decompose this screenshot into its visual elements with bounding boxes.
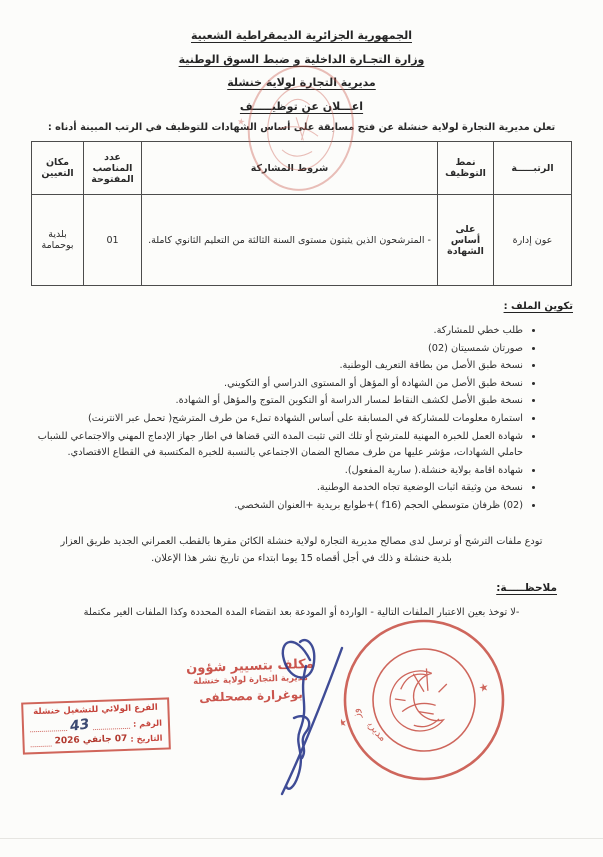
cell-location: بلدية بوحمامة [32,195,84,286]
list-item: (02) ظرفان متوسطي الحجم (f16 )+طوابع بري… [30,498,523,515]
list-item: نسخة طبق الأصل لكشف النقاط لمسار الدراسة… [30,393,523,410]
list-item: شهادة العمل للخبرة المهنية للمترشح أو تل… [30,429,523,462]
stamp-center-emblem [384,665,457,738]
intro-paragraph: تعلن مديرية التجارة لولاية خنشلة عن فتح … [26,122,577,133]
deposit-instructions: تودع ملفات الترشح أو ترسل لدى مصالح مدير… [50,533,553,567]
registry-number-value: 43 [70,719,91,732]
header-rank: الرتبـــــة [494,142,572,195]
cell-rank: عون إدارة [494,195,572,286]
dotted-leader [30,738,51,748]
document-header: الجمهورية الجزائرية الديمقراطية الشعبية … [0,0,603,118]
scanned-document-page: ★ الجمهورية الجزائرية الديمقراطية الشعبي… [0,0,603,857]
list-item: طلب خطي للمشاركة. [30,323,523,340]
registry-stamp-title: الفرع الولائي للتشغيل خنشلة [29,703,161,718]
title-ministry: وزارة التجـارة الداخلية و ضبط السوق الوط… [0,48,603,72]
registry-number-label: الرقم : [133,718,162,729]
list-item: نسخة طبق الأصل من الشهادة أو المؤهل أو ا… [30,376,523,393]
table-header-row: الرتبـــــة نمط التوظيف شروط المشاركة عد… [32,142,572,195]
registry-rect-stamp: الفرع الولائي للتشغيل خنشلة الرقم : 43 ا… [21,697,171,754]
header-location: مكان التعيين [32,142,84,195]
title-announcement: اعـــلان عن توظيـــــف [0,95,603,119]
table-row: عون إدارة على أساس الشهادة - المترشحون ا… [32,195,572,286]
list-item: نسخة طبق الأصل من بطاقة التعريف الوطنية. [30,358,523,375]
scan-edge-line [0,838,603,839]
star-icon: ★ [477,680,490,695]
file-requirements-list: طلب خطي للمشاركة. صورتان شمسيتان (02) نس… [30,323,523,515]
registry-date-label: التاريخ : [130,733,162,744]
title-republic: الجمهورية الجزائرية الديمقراطية الشعبية [0,24,603,48]
header-mode: نمط التوظيف [438,142,494,195]
list-item: شهادة اقامة بولاية خنشلة.( سارية المفعول… [30,463,523,480]
handwritten-signature [248,626,366,798]
cell-open-positions: 01 [84,195,142,286]
registry-date-row: التاريخ : 07 جانفي 2026 [30,733,162,748]
list-item: استمارة معلومات للمشاركة في المسابقة على… [30,411,523,428]
cell-conditions: - المترشحون الذين يثبتون مستوى السنة الث… [142,195,438,286]
registry-number-row: الرقم : 43 [30,718,162,733]
file-section-heading: تكوين الملف : [0,301,573,312]
cell-mode: على أساس الشهادة [438,195,494,286]
registry-date-value: 07 جانفي 2026 [55,734,128,747]
list-item: صورتان شمسيتان (02) [30,341,523,358]
dotted-leader [30,722,68,732]
title-directorate: مديرية التجارة لولاية خنشلة [0,71,603,95]
header-open-positions: عدد المناصب المفتوحة [84,142,142,195]
note-heading: ملاحظـــــة: [0,582,557,594]
dotted-leader [93,720,131,730]
header-conditions: شروط المشاركة [142,142,438,195]
list-item: نسخة من وثيقة اثبات الوضعية تجاه الخدمة … [30,480,523,497]
recruitment-table: الرتبـــــة نمط التوظيف شروط المشاركة عد… [31,141,572,286]
